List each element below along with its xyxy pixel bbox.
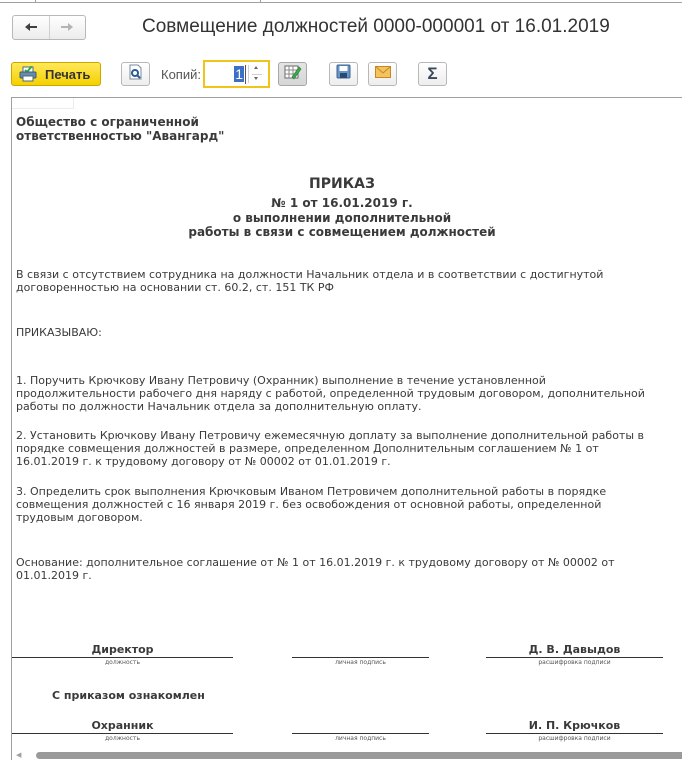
signature-line: [292, 733, 429, 734]
email-button[interactable]: [368, 62, 397, 86]
organization-name: Общество с ограниченной ответственностью…: [16, 115, 224, 143]
signature-name: Д. В. Давыдов: [486, 643, 663, 656]
signature-line: [292, 657, 429, 658]
printer-icon: [19, 66, 37, 82]
caption-position: должность: [12, 735, 233, 742]
caption-position: должность: [12, 659, 233, 666]
navigation-buttons: [12, 15, 86, 40]
scroll-left-icon[interactable]: ◀: [16, 751, 21, 759]
back-button[interactable]: [13, 16, 50, 39]
top-separator: [0, 0, 682, 3]
envelope-icon: [375, 65, 391, 83]
arrow-right-icon: [60, 20, 74, 36]
copies-input[interactable]: 1: [203, 60, 270, 88]
document-viewer[interactable]: Общество с ограниченной ответственностью…: [11, 97, 682, 760]
order-item-1: 1. Поручить Крючкову Ивану Петровичу (Ох…: [16, 374, 656, 413]
copies-value: 1: [234, 66, 244, 82]
basis: Основание: дополнительное соглашение от …: [16, 556, 656, 582]
signature-line: [12, 733, 233, 734]
scrollbar-thumb[interactable]: [36, 752, 682, 759]
separator-tick: [260, 0, 261, 3]
caption-signature: личная подпись: [292, 735, 429, 742]
print-preview-icon: [129, 64, 143, 85]
horizontal-scrollbar[interactable]: ◀: [12, 750, 682, 760]
spin-up-icon[interactable]: [253, 65, 259, 73]
signature-name: И. П. Крючков: [486, 719, 663, 732]
arrow-left-icon: [24, 20, 38, 36]
caption-name: расшифровка подписи: [486, 735, 663, 742]
signature-position: Директор: [12, 643, 233, 656]
caption-name: расшифровка подписи: [486, 659, 663, 666]
table-edit-icon: [284, 64, 302, 85]
order-title: ПРИКАЗ: [12, 176, 672, 192]
preamble: В связи с отсутствием сотрудника на долж…: [16, 268, 656, 294]
edit-table-button[interactable]: [278, 62, 307, 86]
order-subject-line: о выполнении дополнительной: [12, 211, 672, 225]
signature-line: [486, 733, 663, 734]
save-button[interactable]: [329, 62, 358, 86]
forward-button[interactable]: [50, 16, 86, 39]
copies-stepper[interactable]: [248, 65, 265, 83]
print-button[interactable]: Печать: [11, 62, 101, 86]
caption-signature: личная подпись: [292, 659, 429, 666]
order-word: ПРИКАЗЫВАЮ:: [16, 326, 656, 339]
document-corner: [12, 98, 74, 109]
window-title: Совмещение должностей 0000-000001 от 16.…: [142, 16, 610, 38]
signature-line: [486, 657, 663, 658]
signature-line: [12, 657, 233, 658]
order-item-3: 3. Определить срок выполнения Крючковым …: [16, 485, 656, 524]
toolbar: Печать Копий: 1: [0, 60, 682, 88]
sigma-icon: Σ: [427, 64, 437, 84]
sum-button[interactable]: Σ: [418, 62, 447, 86]
order-number: № 1 от 16.01.2019 г.: [12, 196, 672, 210]
text-caret: [245, 65, 246, 84]
acquainted-heading: С приказом ознакомлен: [52, 689, 205, 702]
signature-position: Охранник: [12, 719, 233, 732]
print-preview-button[interactable]: [121, 62, 150, 86]
floppy-disk-icon: [336, 64, 351, 84]
order-subject-line: работы в связи с совмещением должностей: [12, 225, 672, 239]
spin-down-icon[interactable]: [253, 75, 259, 83]
separator-tick: [35, 0, 36, 3]
order-item-2: 2. Установить Крючкову Ивану Петровичу е…: [16, 429, 656, 468]
copies-label: Копий:: [161, 67, 201, 82]
print-label: Печать: [45, 67, 90, 82]
